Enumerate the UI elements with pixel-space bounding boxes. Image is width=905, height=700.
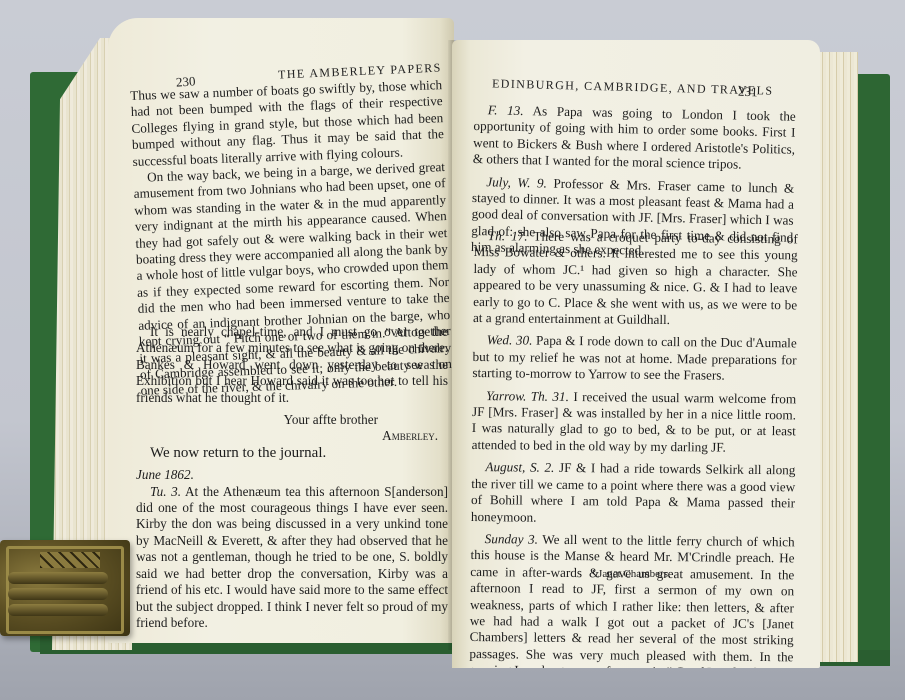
letter-signature: Amberley.	[136, 428, 448, 444]
journal-return-line: We now return to the journal.	[136, 445, 448, 461]
footnote: ¹ Janet Chambers.	[592, 568, 671, 580]
journal-entry: F. 13. As Papa was going to London I too…	[473, 102, 796, 174]
entry-label: Sunday 3.	[485, 531, 538, 547]
entry-label: July, W. 9.	[486, 174, 547, 190]
left-page-body-lower: It is nearly chapel-time, and I must go …	[136, 318, 448, 631]
journal-entry: Sunday 3. We all went to the little ferr…	[469, 531, 795, 668]
journal-entry: Th. 17. There was a croquet party to-day…	[473, 228, 798, 330]
date-heading: June 1862.	[136, 467, 194, 482]
entry-text: We all went to the little ferry church o…	[469, 532, 795, 668]
right-page-body-mid: Th. 17. There was a croquet party to-day…	[469, 222, 798, 668]
entry-label: Yarrow. Th. 31.	[486, 388, 569, 404]
entry-label: August, S. 2.	[485, 459, 554, 475]
page-number: 231	[738, 84, 758, 101]
brass-hand-page-holder	[0, 540, 130, 636]
entry-label: Wed. 30.	[487, 333, 533, 348]
holder-finger	[8, 588, 108, 600]
paragraph: It is nearly chapel-time, and I must go …	[136, 324, 448, 406]
holder-finger	[8, 604, 108, 616]
book-scene: 230 THE AMBERLEY PAPERS Thus we saw a nu…	[0, 0, 905, 700]
running-head: EDINBURGH, CAMBRIDGE, AND TRAVELS	[492, 76, 774, 98]
journal-entry: August, S. 2. JF & I had a ride towards …	[471, 459, 796, 528]
entry-label: F. 13.	[488, 102, 524, 118]
letter-closing: Your affte brother	[136, 412, 448, 428]
holder-finger	[8, 572, 108, 584]
journal-entry: Wed. 30. Papa & I rode down to call on t…	[472, 332, 796, 385]
entry-label: Tu. 3.	[150, 484, 181, 499]
entry-text: At the Athenæum tea this afternoon S[and…	[136, 484, 448, 630]
entry-label: Th. 17.	[488, 228, 528, 243]
paragraph: Thus we saw a number of boats go swiftly…	[130, 77, 445, 170]
journal-entry: Yarrow. Th. 31. I received the usual war…	[472, 388, 797, 457]
right-page: EDINBURGH, CAMBRIDGE, AND TRAVELS 231 F.…	[452, 40, 820, 668]
holder-cuff-lattice	[40, 552, 100, 568]
left-page: 230 THE AMBERLEY PAPERS Thus we saw a nu…	[108, 18, 454, 643]
